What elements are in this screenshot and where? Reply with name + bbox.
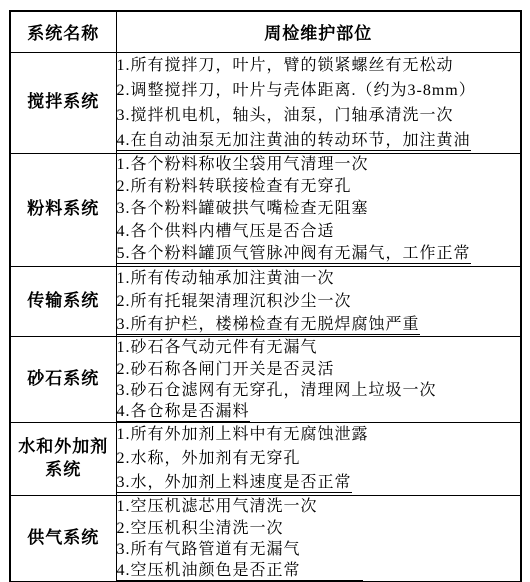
maintenance-item: 1.各个粉料称收尘袋用气清理一次: [117, 154, 521, 176]
maintenance-item: 2.空压机积尘清洗一次: [117, 518, 521, 539]
underlined-text: 4.在自动油泵无加注黄油的转动环节，加注黄油: [117, 132, 471, 151]
table-row: 粉料系统 1.各个粉料称收尘袋用气清理一次 2.所有粉料转联接检查有无穿孔 3.…: [10, 153, 521, 266]
header-maintenance-parts: 周检维护部位: [116, 11, 521, 52]
maintenance-item: 4.各仓称是否漏料: [117, 401, 521, 422]
underlined-text: 4.各仓称是否漏料: [117, 403, 250, 422]
maintenance-item: 1.所有传动轴承加注黄油一次: [117, 267, 521, 290]
maintenance-item: 3.各个粉料罐破拱气嘴检查无阻塞: [117, 198, 521, 220]
maintenance-items: 1.所有搅拌刀，叶片，臂的锁紧螺丝有无松动 2.调整搅拌刀，叶片与壳体距离.（约…: [116, 52, 521, 153]
underlined-text: 4.空压机油颜色是否正常: [117, 562, 363, 581]
maintenance-item: 4.空压机油颜色是否正常: [117, 560, 521, 581]
table-row: 水和外加剂系统 1.所有外加剂上料中有无腐蚀泄露 2.水称，外加剂有无穿孔 3.…: [10, 423, 521, 496]
maintenance-item: 2.水称，外加剂有无穿孔: [117, 447, 521, 471]
maintenance-item: 2.调整搅拌刀，叶片与壳体距离.（约为3-8mm）: [117, 78, 521, 103]
maintenance-item: 3.所有气路管道有无漏气: [117, 539, 521, 560]
maintenance-item: 3.搅拌机电机，轴头，油泵，门轴承清洗一次: [117, 103, 521, 128]
maintenance-item: 3.水，外加剂上料速度是否正常: [117, 471, 521, 495]
table-row: 搅拌系统 1.所有搅拌刀，叶片，臂的锁紧螺丝有无松动 2.调整搅拌刀，叶片与壳体…: [10, 52, 521, 153]
document-page: 系统名称 周检维护部位 搅拌系统 1.所有搅拌刀，叶片，臂的锁紧螺丝有无松动 2…: [0, 0, 530, 582]
maintenance-item: 2.砂石称各闸门开关是否灵活: [117, 359, 521, 380]
maintenance-items: 1.所有传动轴承加注黄油一次 2.所有托辊架清理沉积沙尘一次 3.所有护栏，楼梯…: [116, 266, 521, 337]
system-name: 传输系统: [10, 266, 116, 337]
maintenance-item: 1.所有搅拌刀，叶片，臂的锁紧螺丝有无松动: [117, 53, 521, 78]
maintenance-item: 4.各个供料内槽气压是否合适: [117, 221, 521, 243]
maintenance-items: 1.各个粉料称收尘袋用气清理一次 2.所有粉料转联接检查有无穿孔 3.各个粉料罐…: [116, 153, 521, 266]
maintenance-table: 系统名称 周检维护部位 搅拌系统 1.所有搅拌刀，叶片，臂的锁紧螺丝有无松动 2…: [9, 10, 522, 582]
maintenance-item: 1.砂石各气动元件有无漏气: [117, 337, 521, 358]
system-name: 砂石系统: [10, 337, 116, 423]
table-header-row: 系统名称 周检维护部位: [10, 11, 521, 52]
maintenance-items: 1.空压机滤芯用气清洗一次 2.空压机积尘清洗一次 3.所有气路管道有无漏气 4…: [116, 496, 521, 582]
table-row: 传输系统 1.所有传动轴承加注黄油一次 2.所有托辊架清理沉积沙尘一次 3.所有…: [10, 266, 521, 337]
system-name: 粉料系统: [10, 153, 116, 266]
underlined-text: 3.所有护栏，楼梯检查有无脱焊腐蚀严重: [117, 316, 420, 335]
system-name: 供气系统: [10, 496, 116, 582]
maintenance-item: 5.各个粉料罐顶气管脉冲阀有无漏气，工作正常: [117, 243, 521, 265]
system-name: 水和外加剂系统: [10, 423, 116, 496]
table-row: 砂石系统 1.砂石各气动元件有无漏气 2.砂石称各闸门开关是否灵活 3.砂石仓滤…: [10, 337, 521, 423]
underlined-text: 5.各个粉料罐顶气管脉冲阀有无漏气，工作正常: [117, 245, 471, 264]
maintenance-item: 2.所有托辊架清理沉积沙尘一次: [117, 290, 521, 313]
header-system-name: 系统名称: [10, 11, 116, 52]
table-row: 供气系统 1.空压机滤芯用气清洗一次 2.空压机积尘清洗一次 3.所有气路管道有…: [10, 496, 521, 582]
maintenance-item: 4.在自动油泵无加注黄油的转动环节，加注黄油: [117, 128, 521, 153]
maintenance-items: 1.所有外加剂上料中有无腐蚀泄露 2.水称，外加剂有无穿孔 3.水，外加剂上料速…: [116, 423, 521, 496]
maintenance-item: 3.砂石仓滤网有无穿孔，清理网上垃圾一次: [117, 380, 521, 401]
maintenance-item: 3.所有护栏，楼梯检查有无脱焊腐蚀严重: [117, 313, 521, 336]
maintenance-items: 1.砂石各气动元件有无漏气 2.砂石称各闸门开关是否灵活 3.砂石仓滤网有无穿孔…: [116, 337, 521, 423]
maintenance-item: 1.所有外加剂上料中有无腐蚀泄露: [117, 423, 521, 447]
underlined-text: 3.水，外加剂上料速度是否正常: [117, 474, 352, 493]
system-name: 搅拌系统: [10, 52, 116, 153]
maintenance-item: 1.空压机滤芯用气清洗一次: [117, 496, 521, 517]
maintenance-item: 2.所有粉料转联接检查有无穿孔: [117, 176, 521, 198]
